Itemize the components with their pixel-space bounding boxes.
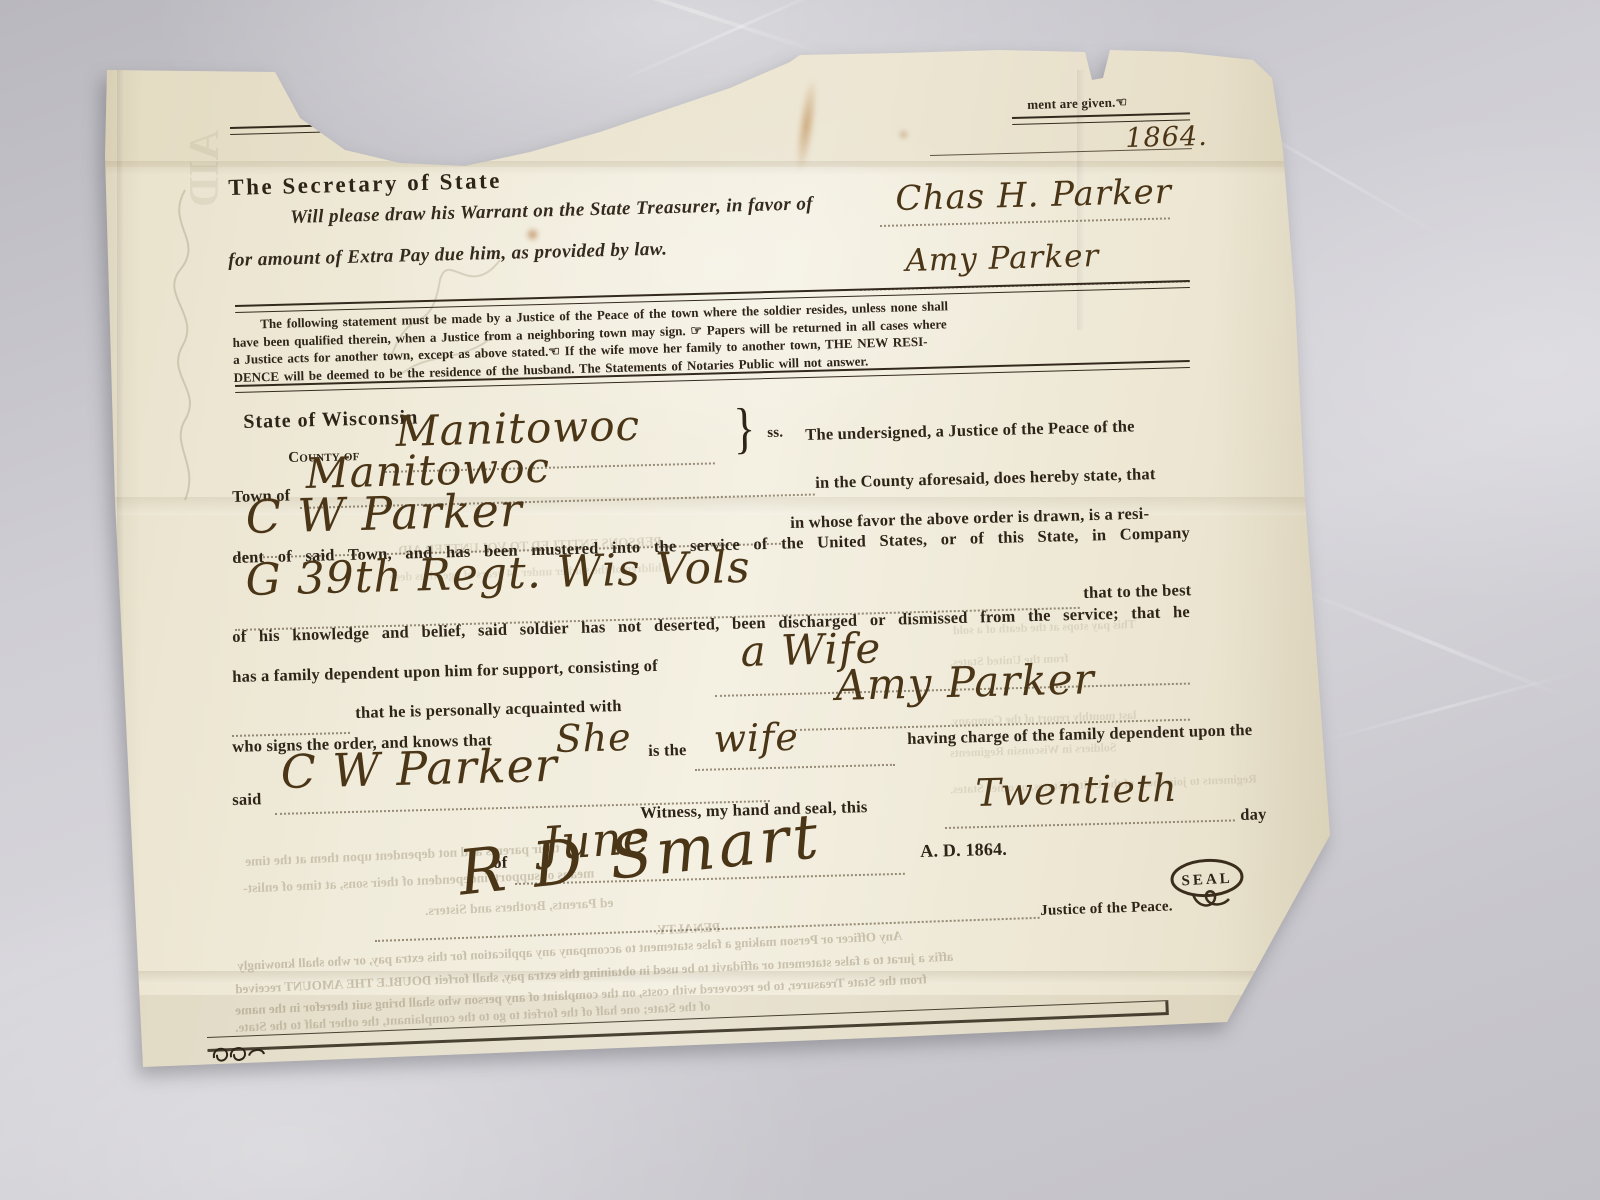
warrant-line: Will please draw his Warrant on the Stat… <box>290 193 813 229</box>
ss-label: ss. <box>767 425 783 442</box>
signs-line2: is the <box>648 740 687 761</box>
vertical-crease <box>117 65 125 1055</box>
knowledge-line: of his knowledge and belief, said soldie… <box>232 602 1190 647</box>
soldier-name-handwritten: C W Parker <box>245 483 523 544</box>
header-left-fragment: ☞No notice can b <box>297 95 398 114</box>
payee2-handwritten: Amy Parker <box>905 238 1100 279</box>
family-line: has a family dependent upon him for supp… <box>232 656 658 687</box>
rust-stain <box>898 129 909 140</box>
ghost-script-squiggle <box>145 185 225 515</box>
justice-label: Justice of the Peace. <box>1040 898 1173 920</box>
signs-value2-handwritten: wife <box>713 715 799 761</box>
signs-dotted-line <box>695 764 895 771</box>
undersigned-line1: The undersigned, a Justice of the Peace … <box>805 416 1135 445</box>
witness-dotted-line <box>945 819 1235 829</box>
header-right-fragment: ment are given.☜ <box>1027 94 1128 113</box>
witness-day-handwritten: Twentieth <box>975 766 1178 815</box>
right-edge-shadow <box>1215 35 1340 1080</box>
bottom-border-endcap <box>1165 1001 1168 1012</box>
left-edge-shadow <box>95 35 141 1080</box>
best-fragment: that to the best <box>1083 580 1192 603</box>
said-value-handwritten: C W Parker <box>280 738 558 799</box>
payee-handwritten: Chas H. Parker <box>895 172 1173 219</box>
bottom-border-ornament <box>211 1042 268 1066</box>
acquainted-value-handwritten: Amy Parker <box>835 654 1095 710</box>
addressee-title: The Secretary of State <box>228 168 502 201</box>
ss-brace: } <box>733 396 756 461</box>
day-label: day <box>1240 804 1267 825</box>
seal-text: SEAL <box>1181 871 1233 890</box>
rust-stain <box>525 227 540 242</box>
header-left-rule <box>230 120 502 135</box>
photo-of-document: { "photo": { "background_color": "#c9c8c… <box>0 0 1600 1200</box>
undersigned-line2: in the County aforesaid, does hereby sta… <box>815 464 1156 493</box>
ad-label: A. D. 1864. <box>920 839 1007 862</box>
signs-value1-handwritten: She <box>555 715 632 761</box>
paper-sheet: AID PERSONS ENTITLED TO VOLUNTEER AID. C… <box>95 35 1340 1080</box>
said-label: said <box>232 789 262 810</box>
state-label: State of Wisconsin <box>243 406 419 434</box>
payee-dotted-line <box>880 217 1170 227</box>
rust-stain <box>791 76 821 173</box>
seal-stamp: SEAL <box>1163 855 1251 921</box>
document-paper: AID PERSONS ENTITLED TO VOLUNTEER AID. C… <box>95 35 1340 1080</box>
year-handwritten: 1864. <box>1125 121 1208 154</box>
